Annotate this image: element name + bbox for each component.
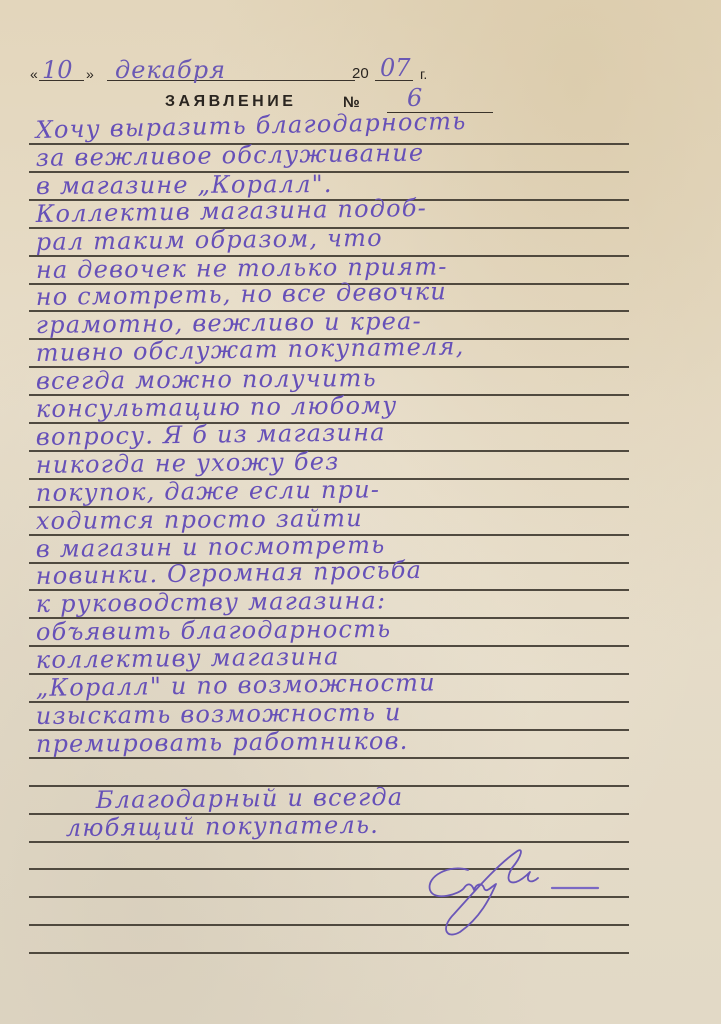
handwritten-line: всегда можно получить — [36, 364, 377, 395]
handwritten-day: 10 — [42, 56, 73, 84]
handwritten-line: „Коралл" и по возможности — [36, 668, 436, 702]
handwritten-line: новинки. Огромная просьба — [36, 556, 423, 590]
handwritten-line: ходится просто зайти — [36, 504, 363, 535]
handwritten-line: покупок, даже если при- — [36, 475, 381, 507]
handwritten-line: тивно обслужат покупателя, — [36, 332, 465, 367]
handwritten-line: никогда не ухожу без — [36, 447, 340, 479]
handwritten-line: за вежливое обслуживание — [36, 138, 425, 171]
handwritten-line: коллективу магазина — [36, 642, 340, 674]
quote-close: » — [86, 66, 94, 82]
handwritten-line: но смотреть, но все девочки — [36, 278, 448, 312]
signature — [420, 838, 600, 938]
year-prefix: 20 — [352, 65, 369, 82]
date-field: « 10 » декабря 20 07 г. — [30, 58, 460, 84]
ruled-line — [29, 952, 629, 954]
handwritten-line: вопросу. Я б из магазина — [36, 418, 386, 451]
document-title: ЗАЯВЛЕНИЕ — [165, 93, 296, 111]
handwritten-closing-line: любящий покупатель. — [66, 810, 379, 841]
handwritten-line: изыскать возможность и — [36, 698, 402, 730]
handwritten-closing-line: Благодарный и всегда — [96, 782, 404, 813]
handwritten-year: 07 — [380, 54, 411, 82]
handwritten-line: к руководству магазина: — [36, 587, 387, 619]
handwritten-line: рал таким образом, что — [36, 223, 383, 255]
year-suffix: г. — [420, 66, 427, 82]
handwritten-month: декабря — [115, 56, 226, 84]
quote-open: « — [30, 66, 38, 82]
handwritten-line: премировать работников. — [36, 727, 409, 758]
handwritten-line: Коллектив магазина подоб- — [36, 194, 428, 228]
application-form-page: « 10 » декабря 20 07 г. ЗАЯВЛЕНИЕ № 6 Хо… — [0, 0, 721, 1024]
